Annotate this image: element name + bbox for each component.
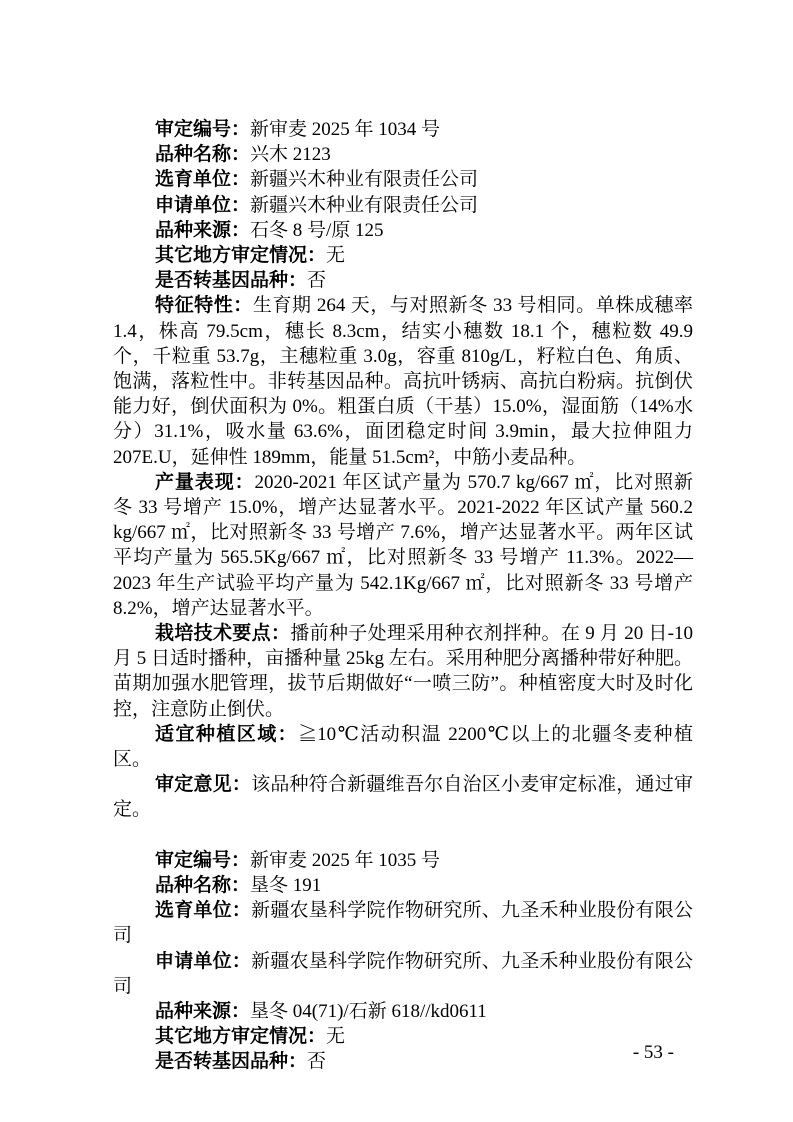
field-breeding-unit-label: 选育单位： [155, 900, 251, 921]
para-approval-opinion: 审定意见：该品种符合新疆维吾尔自治区小麦审定标准，通过审定。 [113, 772, 693, 822]
para-yield-performance-text: 2020-2021 年区试产量为 570.7 kg/667 ㎡，比对照新冬 33… [113, 472, 693, 619]
field-approval-number: 审定编号：新审麦 2025 年 1034 号 [113, 117, 693, 142]
document-page: 审定编号：新审麦 2025 年 1034 号 品种名称：兴木 2123 选育单位… [0, 0, 793, 1122]
field-other-approval-status-label: 其它地方审定情况： [155, 1026, 326, 1047]
field-variety-name: 品种名称：兴木 2123 [113, 142, 693, 167]
field-variety-name-label: 品种名称： [155, 144, 250, 165]
para-cultivation-techniques-label: 栽培技术要点： [155, 623, 290, 644]
para-characteristics-text: 生育期 264 天，与对照新冬 33 号相同。单株成穗率 1.4，株高 79.5… [113, 295, 693, 467]
field-other-approval-status-value: 无 [326, 1026, 345, 1047]
variety-record-2: 审定编号：新审麦 2025 年 1035 号 品种名称：垦冬 191 选育单位：… [113, 848, 693, 1075]
para-yield-performance-label: 产量表现： [155, 472, 255, 493]
field-approval-number-value: 新审麦 2025 年 1034 号 [250, 119, 440, 140]
field-applicant-unit: 申请单位：新疆农垦科学院作物研究所、九圣禾种业股份有限公司 [113, 949, 693, 999]
field-breeding-unit: 选育单位：新疆兴木种业有限责任公司 [113, 167, 693, 192]
field-variety-source-label: 品种来源： [155, 220, 250, 241]
variety-record-1: 审定编号：新审麦 2025 年 1034 号 品种名称：兴木 2123 选育单位… [113, 117, 693, 823]
field-gmo-status-value: 否 [307, 1051, 326, 1072]
field-applicant-unit-label: 申请单位： [155, 951, 251, 972]
para-approval-opinion-label: 审定意见： [155, 774, 251, 795]
field-other-approval-status-value: 无 [326, 245, 345, 266]
field-variety-source-label: 品种来源： [155, 1001, 250, 1022]
field-gmo-status-label: 是否转基因品种： [155, 1051, 307, 1072]
field-variety-source: 品种来源：石冬 8 号/原 125 [113, 218, 693, 243]
para-characteristics: 特征特性：生育期 264 天，与对照新冬 33 号相同。单株成穗率 1.4，株高… [113, 293, 693, 469]
field-gmo-status: 是否转基因品种：否 [113, 268, 693, 293]
field-variety-name-value: 垦冬 191 [250, 875, 321, 896]
field-gmo-status-label: 是否转基因品种： [155, 270, 307, 291]
field-approval-number-label: 审定编号： [155, 119, 250, 140]
field-applicant-unit-value: 新疆兴木种业有限责任公司 [250, 195, 478, 216]
field-gmo-status: 是否转基因品种：否 [113, 1049, 693, 1074]
page-content: 审定编号：新审麦 2025 年 1034 号 品种名称：兴木 2123 选育单位… [113, 117, 693, 1075]
field-variety-source: 品种来源：垦冬 04(71)/石新 618//kd0611 [113, 999, 693, 1024]
para-characteristics-label: 特征特性： [155, 295, 253, 316]
field-breeding-unit-label: 选育单位： [155, 169, 250, 190]
para-yield-performance: 产量表现：2020-2021 年区试产量为 570.7 kg/667 ㎡，比对照… [113, 470, 693, 621]
para-cultivation-techniques: 栽培技术要点：播前种子处理采用种衣剂拌种。在 9 月 20 日-10 月 5 日… [113, 621, 693, 722]
field-breeding-unit: 选育单位：新疆农垦科学院作物研究所、九圣禾种业股份有限公司 [113, 898, 693, 948]
field-approval-number: 审定编号：新审麦 2025 年 1035 号 [113, 848, 693, 873]
field-other-approval-status-label: 其它地方审定情况： [155, 245, 326, 266]
field-variety-name-value: 兴木 2123 [250, 144, 331, 165]
field-variety-name-label: 品种名称： [155, 875, 250, 896]
field-applicant-unit-label: 申请单位： [155, 195, 250, 216]
field-variety-source-value: 石冬 8 号/原 125 [250, 220, 384, 241]
field-applicant-unit: 申请单位：新疆兴木种业有限责任公司 [113, 193, 693, 218]
field-approval-number-label: 审定编号： [155, 850, 250, 871]
para-suitable-regions: 适宜种植区域：≧10℃活动积温 2200℃以上的北疆冬麦种植区。 [113, 722, 693, 772]
para-suitable-regions-label: 适宜种植区域： [155, 724, 298, 745]
page-number: - 53 - [633, 1040, 674, 1065]
field-approval-number-value: 新审麦 2025 年 1035 号 [250, 850, 440, 871]
field-variety-name: 品种名称：垦冬 191 [113, 873, 693, 898]
field-other-approval-status: 其它地方审定情况：无 [113, 243, 693, 268]
field-variety-source-value: 垦冬 04(71)/石新 618//kd0611 [250, 1001, 487, 1022]
field-gmo-status-value: 否 [307, 270, 326, 291]
field-breeding-unit-value: 新疆兴木种业有限责任公司 [250, 169, 478, 190]
field-other-approval-status: 其它地方审定情况：无 [113, 1024, 693, 1049]
